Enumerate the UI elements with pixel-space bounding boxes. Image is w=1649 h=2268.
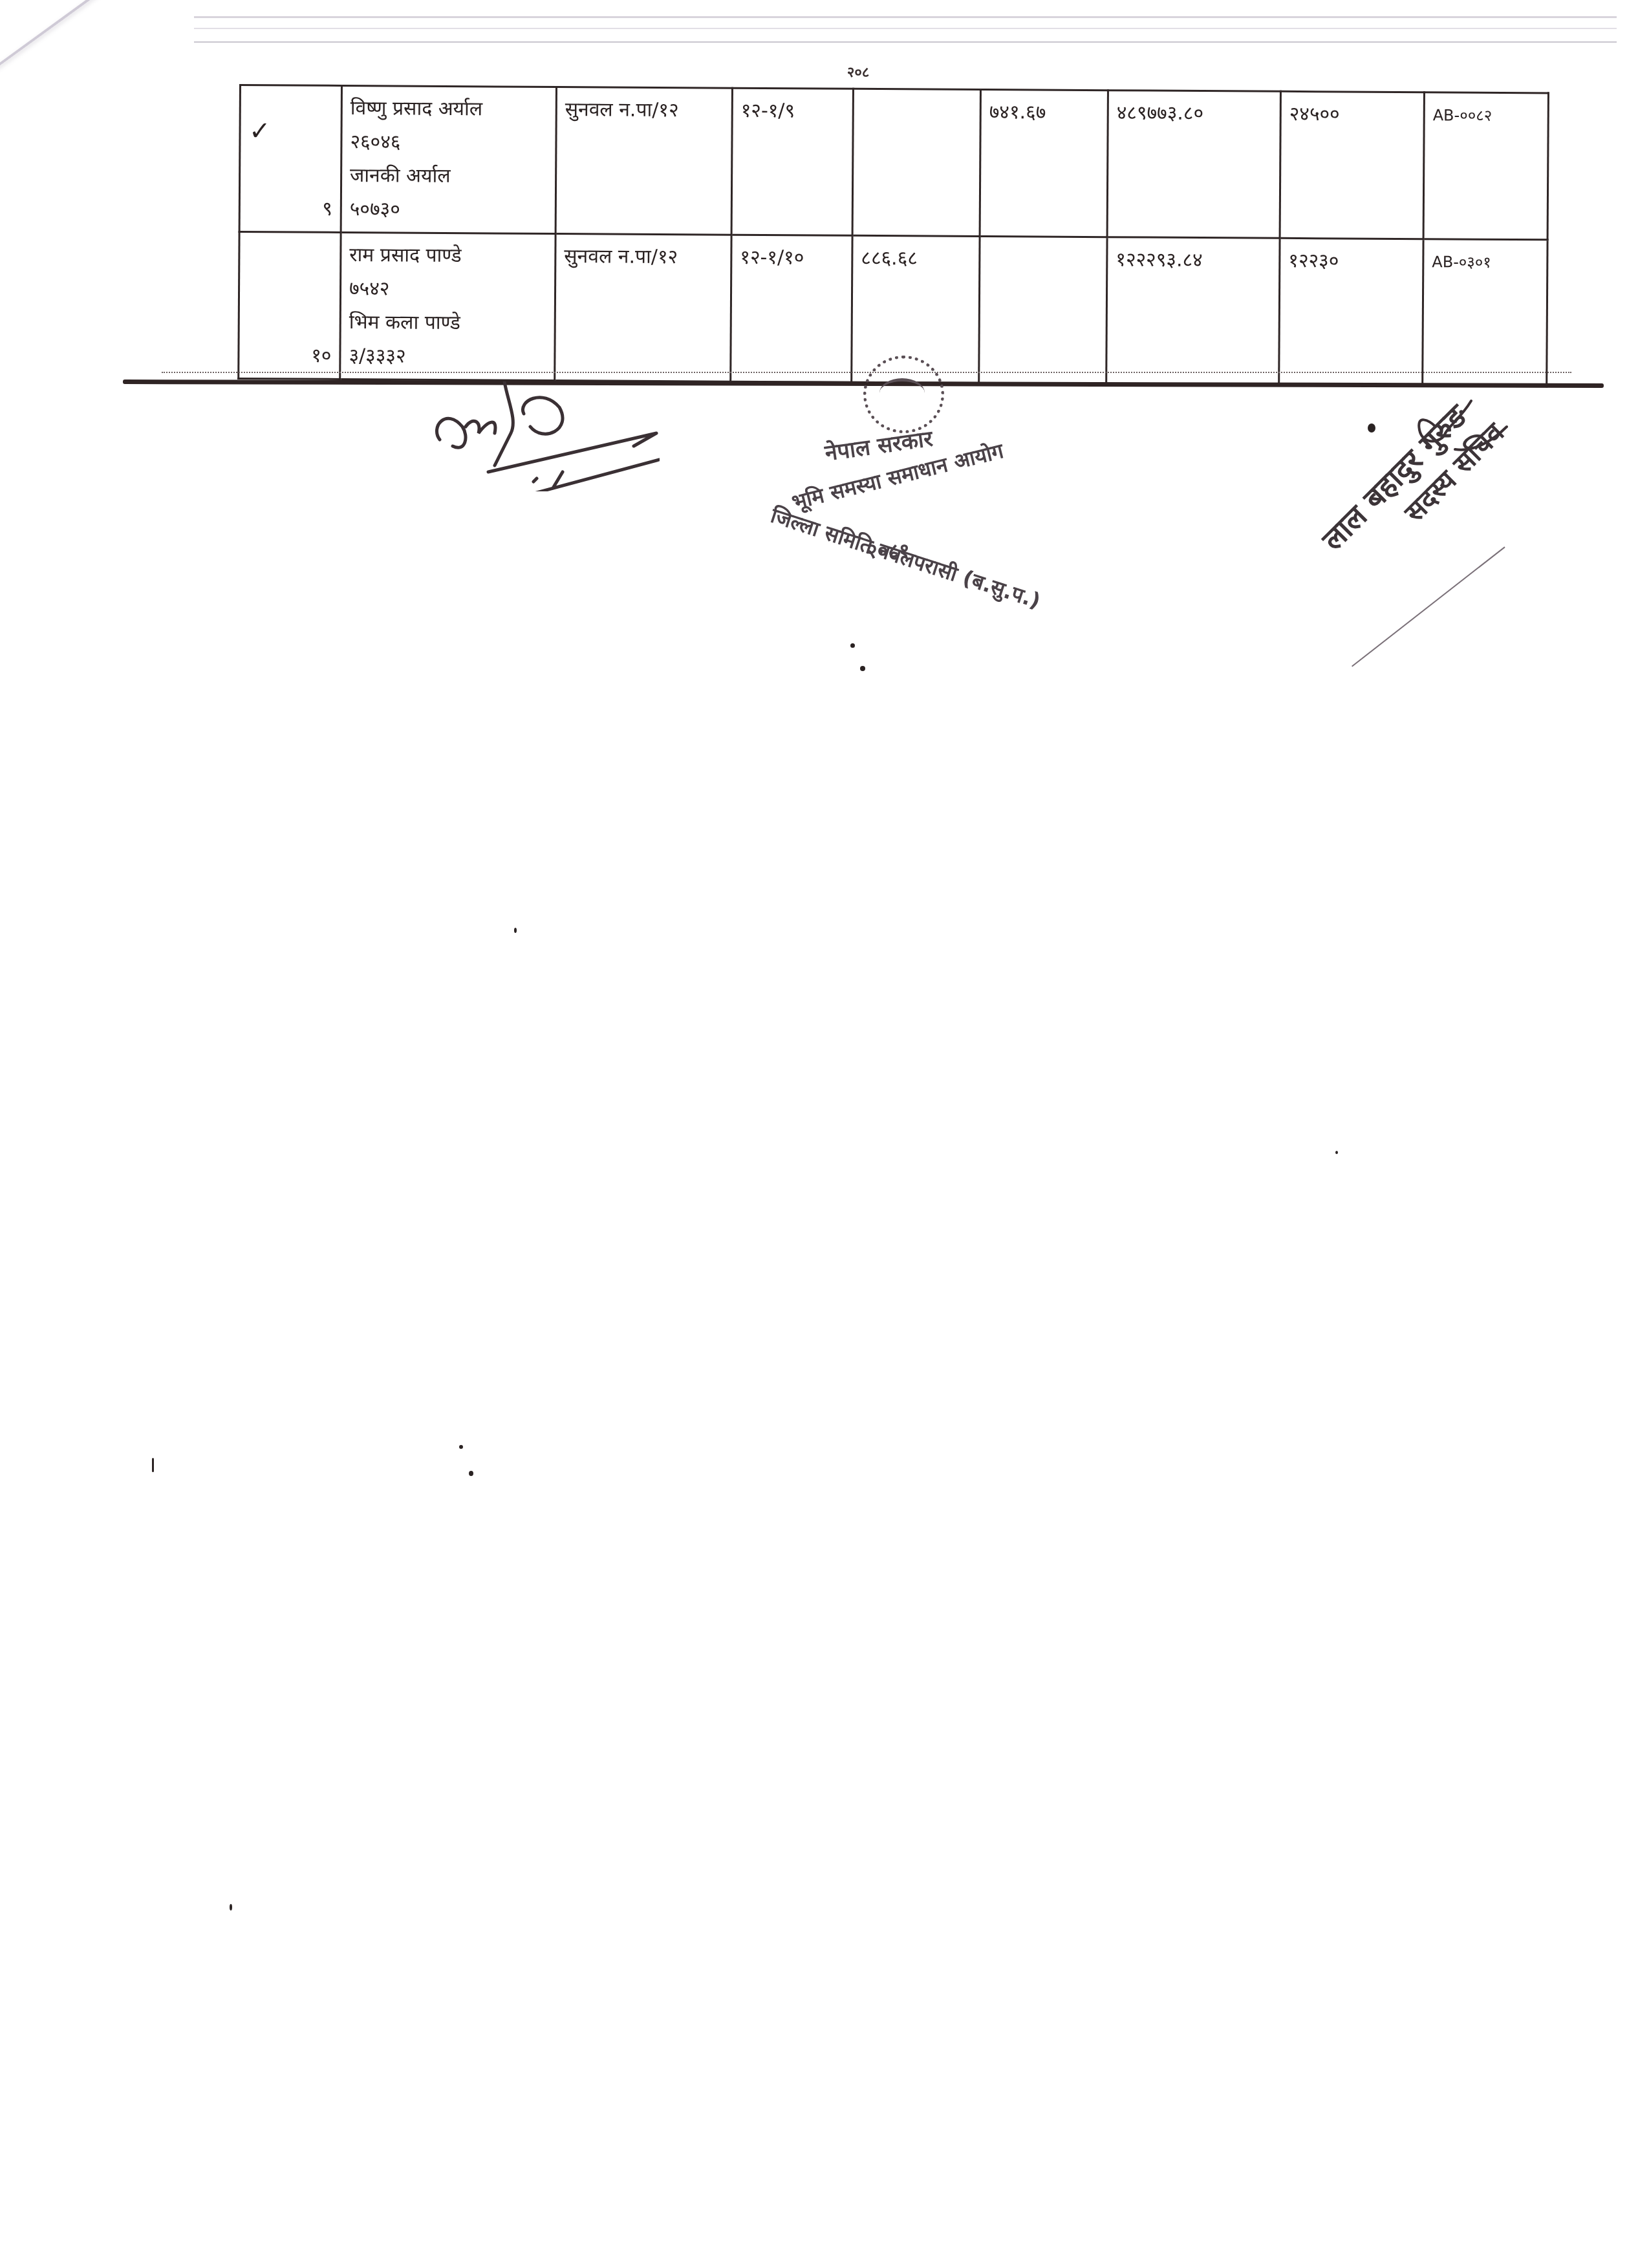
official-seal: नेपाल सरकार भूमि समस्या समाधान आयोग जिल्… [763, 343, 1048, 562]
kitta-cell: १२-१/९ [731, 88, 853, 235]
location-cell: सुनवल न.पा/१२ [555, 233, 731, 381]
amount-cell: ४८९७७३.८० [1107, 91, 1280, 239]
ink-speck [459, 1445, 463, 1449]
owner-name: विष्णु प्रसाद अर्याल [350, 92, 548, 127]
ink-speck [514, 928, 517, 933]
folded-corner [0, 0, 235, 92]
co-owner-id: ३/३३३२ [349, 339, 546, 374]
header-mark: २०८ [847, 62, 870, 82]
page-edge [194, 16, 1617, 43]
ink-speck [1368, 423, 1375, 433]
owner-cell: राम प्रसाद पाण्डे ७५४२ भिम कला पाण्डे ३/… [340, 232, 555, 380]
ink-speck [152, 1458, 154, 1472]
seal-year: २०८१ [867, 537, 910, 564]
co-owner-id: ५०७३० [350, 193, 547, 228]
code-cell: AB-०३०१ [1423, 239, 1547, 387]
area-2-cell: ७४१.६७ [980, 90, 1108, 237]
owner-name: राम प्रसाद पाण्डे [349, 239, 546, 273]
co-owner-name: जानकी अर्याल [350, 159, 547, 194]
co-owner-name: भिम कला पाण्डे [349, 306, 546, 341]
serial-cell: ९ [239, 85, 341, 233]
ink-speck [850, 643, 855, 648]
amount-cell: १२२२९३.८४ [1106, 237, 1280, 385]
serial-cell: १० [239, 232, 341, 380]
fee-cell: २४५०० [1280, 91, 1424, 239]
ink-speck [1335, 1151, 1338, 1154]
ink-speck [469, 1471, 473, 1476]
page-edge-inner [194, 28, 1617, 29]
owner-id: ७५४२ [349, 272, 546, 307]
ink-speck [860, 666, 865, 671]
signature-left-icon [427, 381, 660, 491]
owner-id: २६०४६ [350, 125, 547, 160]
table-row: ९ विष्णु प्रसाद अर्याल २६०४६ जानकी अर्या… [239, 85, 1548, 240]
owner-cell: विष्णु प्रसाद अर्याल २६०४६ जानकी अर्याल … [341, 85, 556, 233]
nepal-emblem-icon [863, 356, 944, 433]
area-1-cell [852, 89, 980, 236]
ink-speck [230, 1904, 232, 1910]
land-records-table: ९ विष्णु प्रसाद अर्याल २६०४६ जानकी अर्या… [237, 84, 1549, 387]
fee-cell: १२२३० [1279, 238, 1423, 385]
code-cell: AB-००८२ [1423, 92, 1548, 240]
location-cell: सुनवल न.पा/१२ [555, 87, 732, 235]
